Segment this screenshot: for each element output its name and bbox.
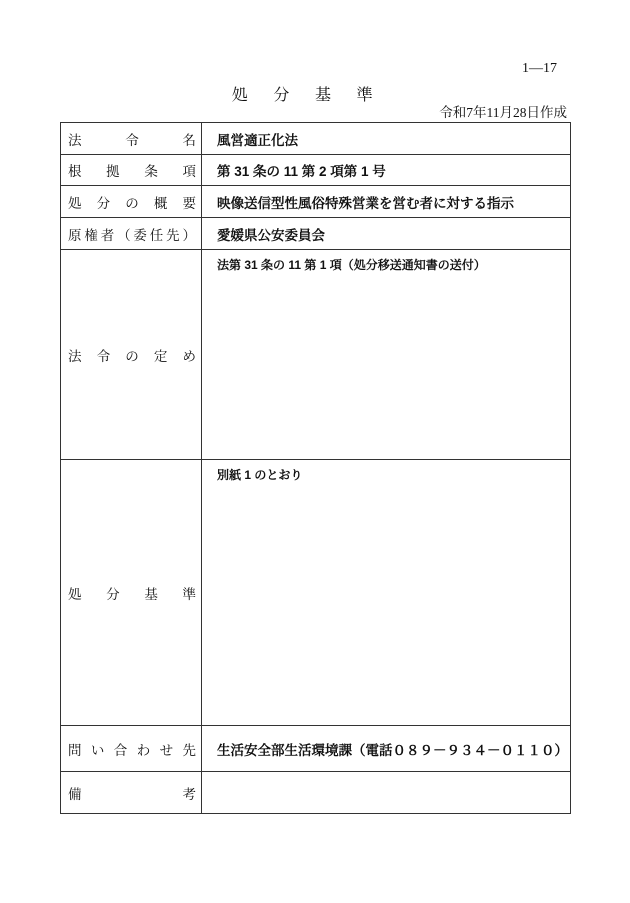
page-number: 1—17	[522, 61, 557, 77]
row-value	[202, 772, 571, 814]
row-label: 根拠条項	[61, 155, 202, 186]
document-page: 1—17 処分基準 令和7年11月28日作成 法令名 風営適正化法 根拠条項 第…	[0, 0, 630, 903]
row-label: 処分基準	[61, 460, 202, 726]
row-label-text: 法令名	[68, 129, 196, 149]
table-row-legal-provisions: 法令の定め 法第 31 条の 11 第 1 項（処分移送通知書の送付）	[61, 250, 571, 460]
table-row-authority: 原権者（委任先） 愛媛県公安委員会	[61, 218, 571, 250]
row-value: 生活安全部生活環境課（電話０８９－９３４－０１１０）	[202, 726, 571, 772]
table-row-disposition-standards: 処分基準 別紙 1 のとおり	[61, 460, 571, 726]
row-label: 原権者（委任先）	[61, 218, 202, 250]
table-row-legal-basis: 根拠条項 第 31 条の 11 第 2 項第 1 号	[61, 155, 571, 186]
row-value: 映像送信型性風俗特殊営業を営む者に対する指示	[202, 186, 571, 218]
table-row-law-name: 法令名 風営適正化法	[61, 123, 571, 155]
row-label: 問い合わせ先	[61, 726, 202, 772]
row-value: 風営適正化法	[202, 123, 571, 155]
row-label-text: 原権者（委任先）	[68, 224, 196, 244]
row-label-text: 法令の定め	[68, 345, 196, 365]
row-label-text: 処分の概要	[68, 192, 196, 212]
row-value: 愛媛県公安委員会	[202, 218, 571, 250]
row-label: 処分の概要	[61, 186, 202, 218]
row-value: 第 31 条の 11 第 2 項第 1 号	[202, 155, 571, 186]
row-value: 法第 31 条の 11 第 1 項（処分移送通知書の送付）	[202, 250, 571, 460]
row-label-text: 根拠条項	[68, 160, 196, 180]
row-label-text: 備考	[68, 783, 196, 803]
row-label-text: 処分基準	[68, 583, 196, 603]
table-row-disposition-summary: 処分の概要 映像送信型性風俗特殊営業を営む者に対する指示	[61, 186, 571, 218]
row-label: 法令名	[61, 123, 202, 155]
table-row-remarks: 備考	[61, 772, 571, 814]
row-value: 別紙 1 のとおり	[202, 460, 571, 726]
table-row-contact: 問い合わせ先 生活安全部生活環境課（電話０８９－９３４－０１１０）	[61, 726, 571, 772]
row-label-text: 問い合わせ先	[68, 739, 196, 759]
row-label: 法令の定め	[61, 250, 202, 460]
created-date: 令和7年11月28日作成	[439, 101, 567, 121]
row-label: 備考	[61, 772, 202, 814]
disposition-standards-table: 法令名 風営適正化法 根拠条項 第 31 条の 11 第 2 項第 1 号 処分…	[60, 122, 571, 814]
